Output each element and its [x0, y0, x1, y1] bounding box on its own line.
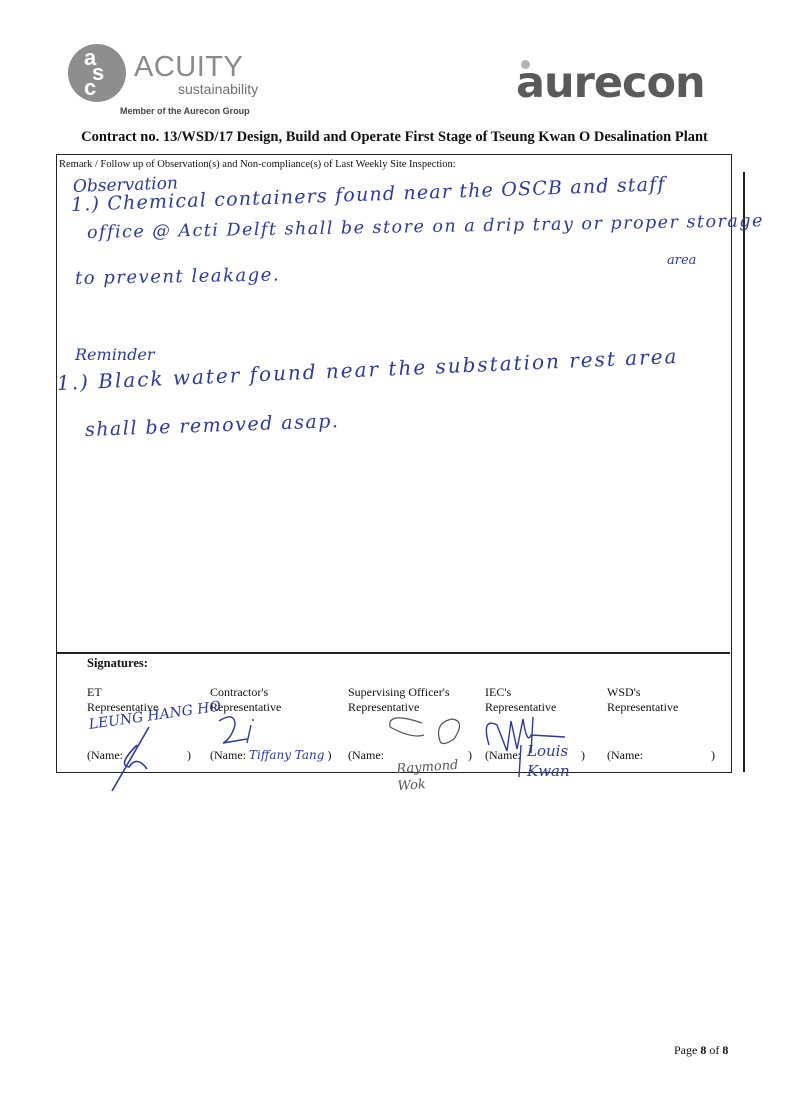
aurecon-dot-icon	[521, 60, 530, 69]
page-number: Page 8 of 8	[674, 1043, 728, 1058]
remark-label: Remark / Follow up of Observation(s) and…	[59, 158, 456, 171]
inspection-form-box: Remark / Follow up of Observation(s) and…	[56, 154, 732, 773]
sig-role-iec: IEC's Representative	[485, 685, 556, 715]
contractor-name-field: (Name: Tiffany Tang )	[210, 748, 331, 763]
signatures-heading: Signatures:	[87, 655, 148, 671]
box-right-border	[743, 172, 745, 772]
acuity-sustainability-logo: a s c ACUITY sustainability Member of th…	[68, 44, 258, 120]
contract-title: Contract no. 13/WSD/17 Design, Build and…	[0, 128, 789, 146]
acuity-subtitle: sustainability	[178, 81, 258, 97]
wsd-name-field: (Name:)	[607, 748, 715, 763]
observation-line-2: office @ Acti Delft shall be store on a …	[87, 209, 764, 245]
supervising-officer-signature-mark	[382, 713, 472, 753]
acuity-wordmark: ACUITY	[134, 52, 243, 82]
reminder-line-2: shall be removed asap.	[85, 409, 340, 442]
iec-handwritten-name: Louis Kwan	[527, 741, 577, 781]
aurecon-wordmark: aurecon	[516, 58, 705, 108]
observation-line-3: to prevent leakage.	[75, 263, 281, 291]
acuity-member-text: Member of the Aurecon Group	[120, 105, 250, 117]
et-name-field: (Name:)	[87, 748, 191, 763]
supervising-officer-handwritten-name: Raymond Wok	[396, 757, 458, 795]
signature-divider	[57, 652, 730, 654]
contractor-signature-mark	[217, 713, 267, 753]
reminder-heading: Reminder	[75, 343, 154, 367]
sig-role-supervising-officer: Supervising Officer's Representative	[348, 685, 450, 715]
aurecon-logo: aurecon	[516, 58, 726, 108]
asc-letters: a s c	[74, 46, 120, 100]
contractor-handwritten-name: Tiffany Tang	[249, 748, 324, 762]
observation-insertion: area	[667, 249, 696, 273]
sig-role-wsd: WSD's Representative	[607, 685, 678, 715]
